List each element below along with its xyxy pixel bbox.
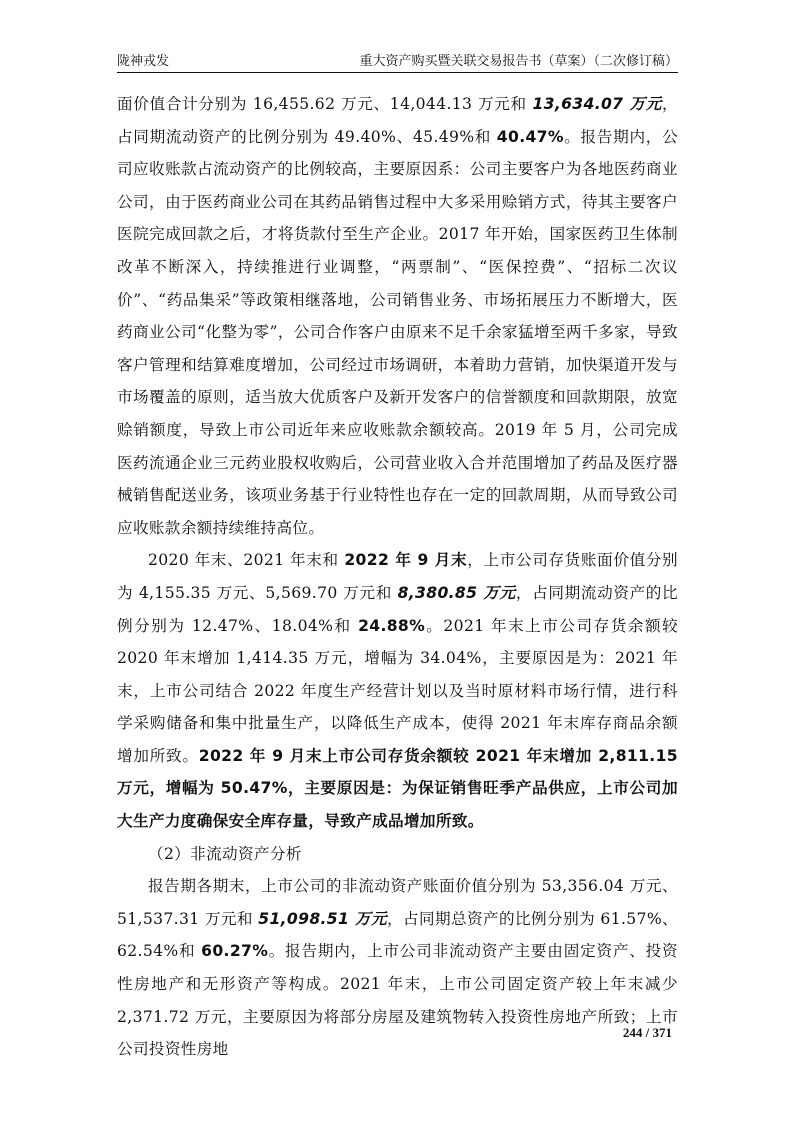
paragraph-inventory: 2020 年末、2021 年末和 2022 年 9 月末，上市公司存货账面价值分… bbox=[117, 544, 678, 837]
body-text: 。报告期内，公司应收账款占流动资产的比例较高，主要原因系：公司主要客户为各地医药… bbox=[117, 128, 678, 537]
emphasized-text: 13,634.07 万元 bbox=[532, 95, 662, 113]
document-page: 陇神戎发 重大资产购买暨关联交易报告书（草案）（二次修订稿） 面价值合计分别为 … bbox=[0, 0, 793, 1122]
emphasized-text: 40.47% bbox=[497, 128, 564, 146]
page-header: 陇神戎发 重大资产购买暨关联交易报告书（草案）（二次修订稿） bbox=[117, 52, 678, 73]
document-body: 面价值合计分别为 16,455.62 万元、14,044.13 万元和 13,6… bbox=[117, 88, 678, 1066]
emphasized-text: 60.27% bbox=[201, 942, 268, 960]
body-text: （2）非流动资产分析 bbox=[148, 845, 302, 863]
body-text: 。2021 年末上市公司存货余额较 2020 年末增加 1,414.35 万元，… bbox=[117, 617, 678, 765]
paragraph-receivables: 面价值合计分别为 16,455.62 万元、14,044.13 万元和 13,6… bbox=[117, 88, 678, 544]
emphasized-text: 8,380.85 万元 bbox=[398, 584, 516, 602]
header-document-title: 重大资产购买暨关联交易报告书（草案）（二次修订稿） bbox=[359, 52, 678, 72]
emphasized-text: 24.88% bbox=[358, 617, 425, 635]
body-text: 面价值合计分别为 16,455.62 万元、14,044.13 万元和 bbox=[117, 95, 532, 113]
emphasized-text: 51,098.51 万元 bbox=[258, 910, 387, 928]
body-text: 2020 年末、2021 年末和 bbox=[148, 551, 344, 569]
section-heading-non-current-assets: （2）非流动资产分析 bbox=[117, 838, 678, 871]
page-number: 244 / 371 bbox=[600, 1025, 672, 1041]
emphasized-text: 2022 年 9 月末 bbox=[344, 551, 467, 569]
paragraph-non-current-assets: 报告期各期末，上市公司的非流动资产账面价值分别为 53,356.04 万元、51… bbox=[117, 870, 678, 1066]
header-company-name: 陇神戎发 bbox=[117, 52, 169, 72]
emphasized-text: 2022 年 9 月末上市公司存货余额较 2021 年末增加 2,811.15 … bbox=[117, 747, 678, 830]
